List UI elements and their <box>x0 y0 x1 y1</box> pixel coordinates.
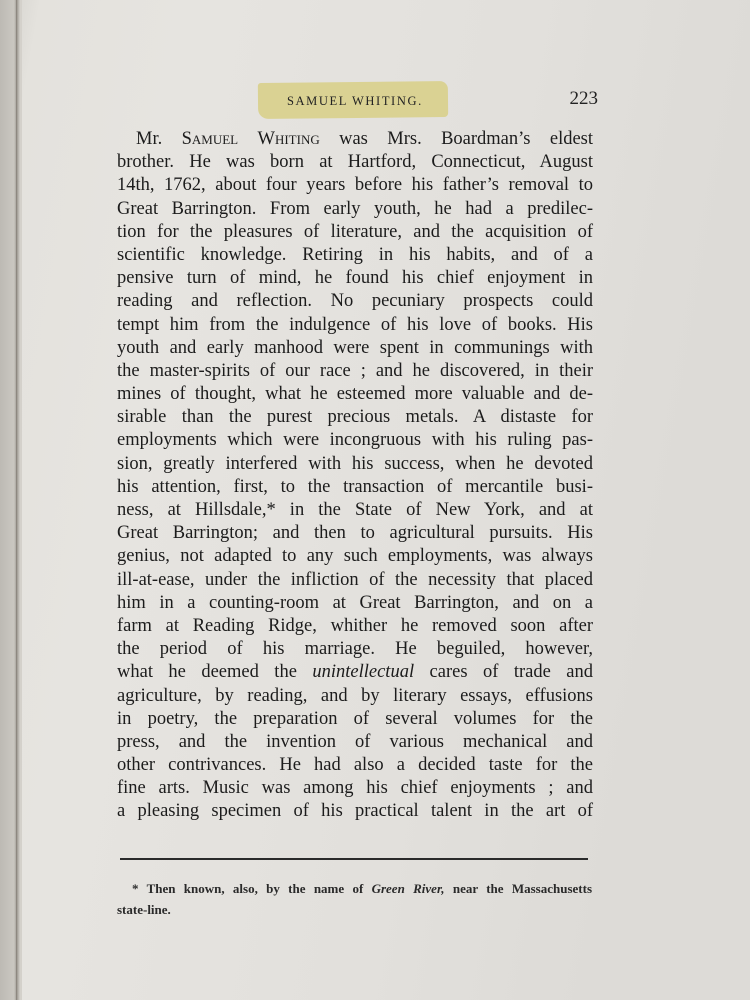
body-line: him in a counting-room at Great Barringt… <box>117 592 593 615</box>
running-head-title: SAMUEL WHITING. <box>287 94 423 109</box>
body-text: Mr. Samuel Whiting was Mrs. Boardman’s e… <box>117 128 593 824</box>
body-line: his attention, first, to the transaction… <box>117 476 593 499</box>
body-line: the master-spirits of our race ; and he … <box>117 360 593 383</box>
page-number: 223 <box>570 88 599 110</box>
body-line: genius, not adapted to any such employme… <box>117 545 593 568</box>
body-line: youth and early manhood were spent in co… <box>117 337 593 360</box>
body-line: ill-at-ease, under the infliction of the… <box>117 569 593 592</box>
body-line: fine arts. Music was among his chief enj… <box>117 777 593 800</box>
body-line: press, and the invention of various mech… <box>117 731 593 754</box>
italic-word: unintellectual <box>312 662 414 682</box>
body-line: tempt him from the indulgence of his lov… <box>117 314 593 337</box>
body-line: what he deemed the unintellectual cares … <box>117 661 593 684</box>
body-line: Great Barrington; and then to agricultur… <box>117 522 593 545</box>
gutter-edge-line <box>16 0 17 1000</box>
body-line: ness, at Hillsdale,* in the State of New… <box>117 499 593 522</box>
body-line: farm at Reading Ridge, whither he remove… <box>117 615 593 638</box>
highlighted-body-line: a pleasing specimen of his practical tal… <box>117 800 593 823</box>
footnote-line: * Then known, also, by the name of Green… <box>117 878 592 899</box>
body-line: employments which were incongruous with … <box>117 429 593 452</box>
small-caps-name: Samuel <box>182 129 239 149</box>
body-line: sirable than the purest precious metals.… <box>117 406 593 429</box>
body-line: 14th, 1762, about four years before his … <box>117 174 593 197</box>
body-line: sion, greatly interfered with his succes… <box>117 453 593 476</box>
body-line: other contrivances. He had also a decide… <box>117 754 593 777</box>
body-line: Great Barrington. From early youth, he h… <box>117 198 593 221</box>
footnote-line: state-line. <box>117 899 592 920</box>
body-line: the period of his marriage. He beguiled,… <box>117 638 593 661</box>
body-line: brother. He was born at Hartford, Connec… <box>117 151 593 174</box>
footnote-italic: Green River, <box>372 881 445 896</box>
body-line: pensive turn of mind, he found his chief… <box>117 267 593 290</box>
body-line: Mr. Samuel Whiting was Mrs. Boardman’s e… <box>117 128 593 151</box>
body-line: mines of thought, what he esteemed more … <box>117 383 593 406</box>
body-line: scientific knowledge. Retiring in his ha… <box>117 244 593 267</box>
body-line: agriculture, by reading, and by literary… <box>117 685 593 708</box>
book-page: SAMUEL WHITING. 223 Mr. Samuel Whiting w… <box>0 0 750 1000</box>
body-line: tion for the pleasures of literature, an… <box>117 221 593 244</box>
footnote-rule <box>120 858 588 860</box>
body-line: in poetry, the preparation of several vo… <box>117 708 593 731</box>
running-head: SAMUEL WHITING. 223 <box>258 80 598 120</box>
small-caps-name: Whiting <box>258 129 320 149</box>
body-line: reading and reflection. No pecuniary pro… <box>117 290 593 313</box>
book-gutter <box>0 0 22 1000</box>
footnote: * Then known, also, by the name of Green… <box>117 878 592 920</box>
